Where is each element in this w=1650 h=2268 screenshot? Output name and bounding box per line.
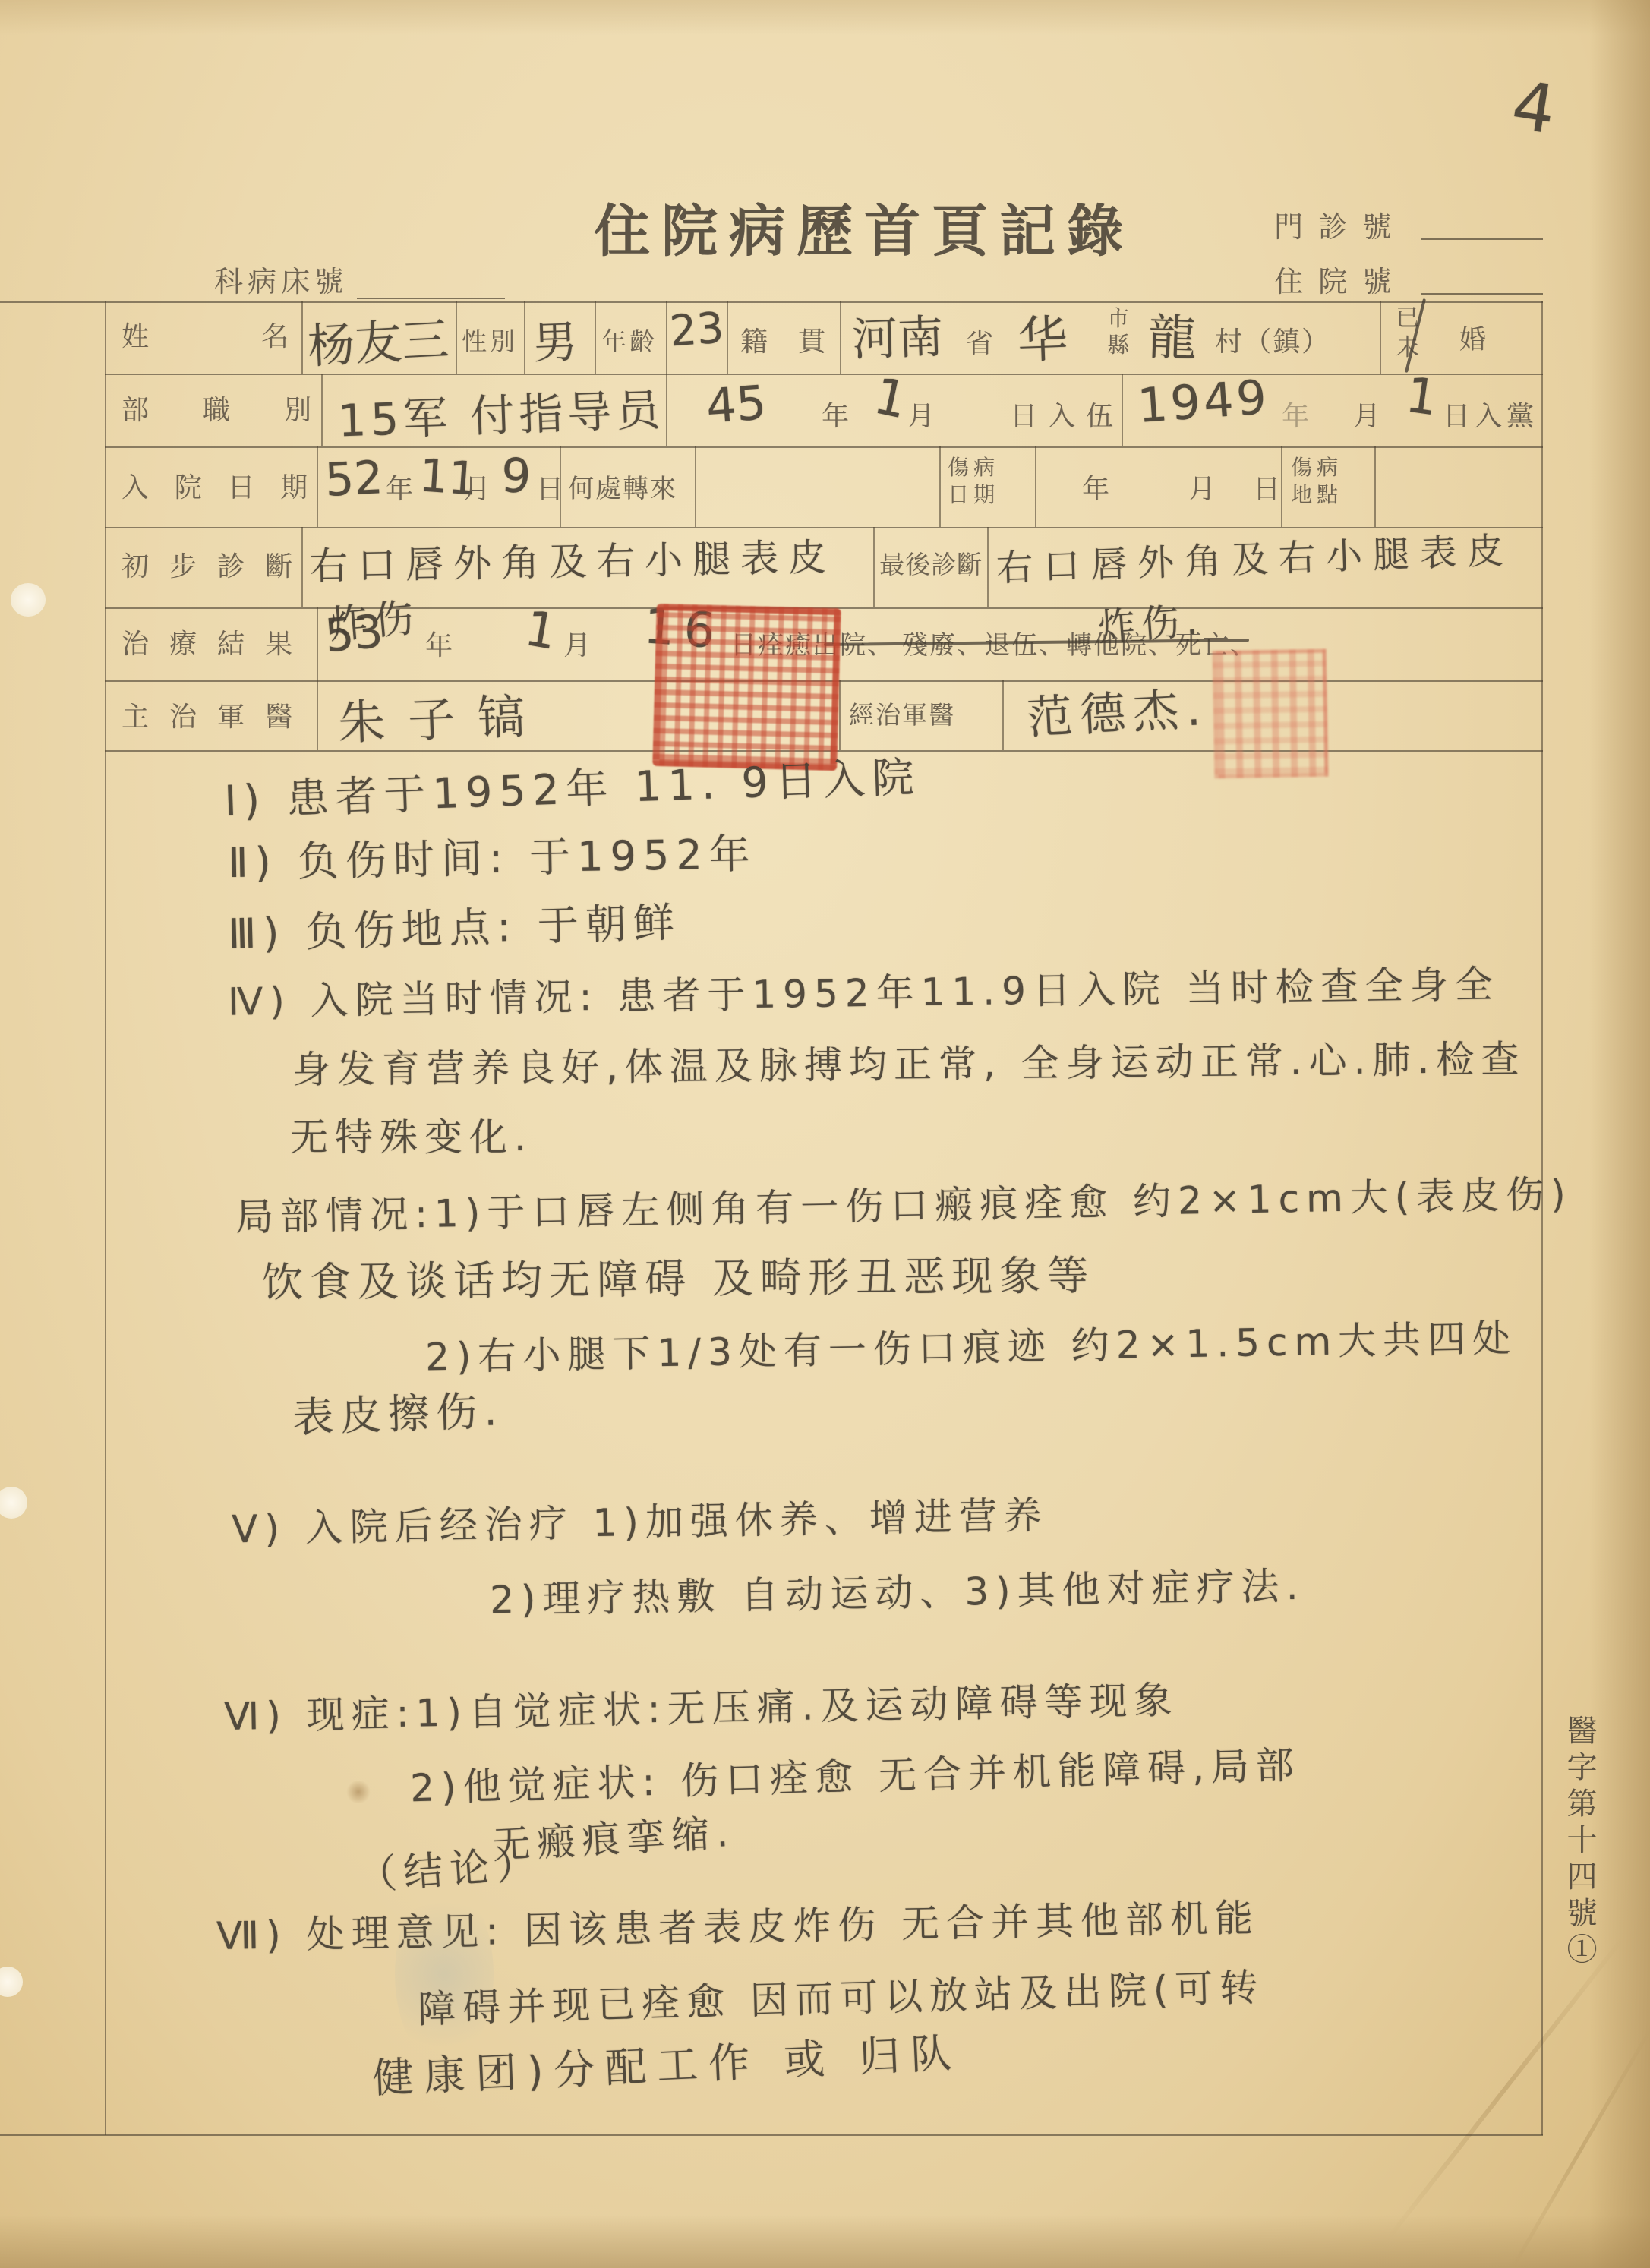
- table-line: [727, 301, 728, 374]
- table-line: [666, 301, 667, 374]
- unit-duty-value: 15军 付指导员: [337, 374, 666, 449]
- age-value: 23: [668, 304, 726, 357]
- admission-no-label: 住 院 號: [1274, 258, 1394, 300]
- party-day-value: 1: [1402, 367, 1441, 427]
- table-line: [666, 374, 667, 446]
- table-line: [1374, 446, 1376, 527]
- page-title: 住院病歷首頁記錄: [594, 187, 1134, 267]
- note-line: 表皮擦伤.: [292, 1378, 505, 1444]
- note-line: Ⅴ) 入院后经治疗 1)加强休养、增进营养: [231, 1485, 1049, 1554]
- party-year-unit: 年: [1282, 395, 1309, 434]
- treatment-result-label: 治療結果: [121, 623, 292, 661]
- unit-duty-label: 部職別: [121, 389, 311, 427]
- note-line: Ⅳ) 入院当时情况: 患者于1952年11.9日入院 当时检查全身全: [228, 954, 1500, 1026]
- note-line: 2)他觉症状: 伤口痊愈 无合并机能障碍,局部: [409, 1735, 1301, 1813]
- injury-date-label-l1: 傷病: [948, 455, 999, 480]
- admit-month-unit: 月: [463, 468, 491, 506]
- age-label: 年齡: [601, 322, 658, 358]
- note-line: 障碍并现已痊愈 因而可以放站及出院(可转: [417, 1957, 1265, 2033]
- clinic-no-blank-line: [1421, 238, 1543, 240]
- preliminary-diagnosis-value: 右口唇外角及右小腿表皮: [309, 527, 836, 591]
- result-year-unit: 年: [425, 624, 453, 663]
- table-line: [317, 607, 318, 680]
- origin-label: 籍貫: [740, 320, 856, 359]
- party-day-unit: 日入黨: [1443, 395, 1538, 434]
- table-line: [105, 446, 1543, 448]
- enlist-year-unit: 年: [822, 395, 849, 434]
- note-line: 2)右小腿下1/3处有一伤口痕迹 约2×1.5cm大共四处: [424, 1307, 1517, 1381]
- marital-suffix: 婚: [1459, 319, 1486, 357]
- table-line: [524, 301, 525, 374]
- party-month-unit: 月: [1353, 395, 1380, 434]
- injury-day-unit: 日: [1253, 468, 1280, 506]
- scanned-medical-record-page: 4 住院病歷首頁記錄 科病床號 門 診 號 住 院 號 姓名 杨友三 性別: [0, 0, 1650, 2268]
- table-line: [1281, 446, 1282, 527]
- note-line: Ⅰ) 患者于1952年 11. 9日入院: [223, 743, 922, 828]
- injury-date-label: 傷病 日期: [948, 454, 999, 509]
- origin-county-value: 龍: [1147, 298, 1197, 370]
- table-line: [1035, 446, 1036, 527]
- name-value: 杨友三: [306, 301, 450, 377]
- result-month-unit: 月: [563, 624, 591, 663]
- injury-place-label-l1: 傷病: [1291, 455, 1342, 480]
- table-line: [987, 527, 989, 607]
- table-line: [456, 301, 457, 374]
- table-line: [873, 527, 875, 607]
- table-line: [105, 301, 106, 2135]
- origin-city-unit: 市 縣: [1107, 305, 1129, 358]
- attending-doctor-label: 主治軍醫: [121, 696, 292, 734]
- note-line: Ⅵ) 现症:1)自觉症状:无压痛.及运动障碍等现象: [223, 1670, 1178, 1741]
- note-conclusion-label: （结论）: [355, 1831, 544, 1901]
- table-line: [301, 527, 303, 607]
- enlist-month-value: 1: [869, 366, 912, 430]
- form-code-vertical: 醫字第十四號①: [1558, 1714, 1601, 1970]
- note-line: 身发育营养良好,体温及脉搏均正常, 全身运动正常.心.肺.检查: [292, 1029, 1526, 1094]
- table-line: [0, 301, 1543, 303]
- enlist-month-unit: 月: [907, 395, 935, 434]
- origin-province-unit: 省: [966, 322, 993, 361]
- injury-place-label: 傷病 地點: [1291, 454, 1342, 509]
- result-year-value: 53: [323, 605, 385, 663]
- treating-doctor-label: 經治軍醫: [849, 696, 955, 731]
- admit-day-unit: 日: [536, 468, 563, 506]
- sex-label: 性別: [462, 322, 518, 358]
- origin-province-value: 河南: [851, 301, 945, 369]
- punch-hole: [0, 1487, 27, 1519]
- admission-no-blank-line: [1421, 293, 1543, 295]
- injury-date-label-l2: 日期: [948, 482, 999, 507]
- enlist-day-unit: 日入伍: [1010, 395, 1124, 434]
- final-diagnosis-label: 最後診斷: [879, 545, 983, 581]
- final-diagnosis-value: 右口唇外角及右小腿表皮: [995, 521, 1515, 591]
- table-line: [695, 446, 696, 527]
- injury-month-unit: 月: [1188, 468, 1216, 506]
- table-line: [317, 446, 318, 527]
- clinic-no-label: 門 診 號: [1274, 203, 1394, 245]
- admission-date-label: 入院日期: [121, 466, 308, 505]
- table-line: [839, 680, 841, 750]
- injury-year-unit: 年: [1082, 468, 1109, 506]
- note-line: Ⅲ) 负伤地点: 于朝鲜: [227, 890, 682, 961]
- table-line: [1002, 680, 1004, 750]
- punch-hole: [11, 583, 46, 617]
- note-line: 饮食及谈话均无障碍 及畸形丑恶现象等: [262, 1243, 1096, 1309]
- table-line: [0, 2134, 1543, 2136]
- transfer-from-label: 何處轉來: [568, 468, 677, 505]
- table-line: [317, 680, 318, 750]
- paper-stain: [345, 1781, 371, 1803]
- result-month-value: 1: [521, 601, 561, 661]
- red-square-seal: [652, 604, 841, 771]
- origin-city-unit-top: 市: [1107, 305, 1129, 331]
- origin-city-unit-bottom: 縣: [1107, 332, 1129, 358]
- table-line: [321, 374, 323, 446]
- treating-doctor-value: 范德杰.: [1025, 673, 1210, 747]
- note-line: 2)理疗热敷 自动运动、3)其他对症疗法.: [489, 1556, 1305, 1625]
- note-line: 无特殊变化.: [290, 1107, 533, 1162]
- faint-red-seal: [1213, 649, 1329, 779]
- note-line: 局部情况:1)于口唇左侧角有一伤口瘢痕痊愈 约2×1cm大(表皮伤): [235, 1164, 1573, 1242]
- table-line: [1380, 301, 1381, 374]
- paper-edge-top: [0, 0, 1650, 35]
- admit-year-unit: 年: [386, 468, 413, 506]
- table-line: [595, 301, 596, 374]
- party-year-value: 1949: [1136, 369, 1271, 434]
- punch-hole: [0, 1967, 23, 1997]
- table-line: [301, 301, 303, 374]
- dept-bed-blank-line: [357, 298, 505, 299]
- dept-bed-label: 科病床號: [214, 258, 348, 300]
- note-line: Ⅱ) 负伤时间: 于1952年: [227, 822, 757, 889]
- name-label: 姓名: [121, 315, 289, 354]
- enlist-year-value: 45: [705, 374, 768, 434]
- page-number: 4: [1506, 65, 1560, 149]
- preliminary-diagnosis-label: 初步診斷: [121, 545, 292, 584]
- origin-village-unit: 村（鎮）: [1215, 320, 1330, 359]
- table-line: [939, 446, 941, 527]
- injury-place-label-l2: 地點: [1291, 482, 1342, 507]
- attending-doctor-value: 朱子镐: [337, 678, 549, 753]
- origin-city-value: 华: [1016, 298, 1068, 372]
- admit-day-value: 9: [500, 447, 532, 504]
- sex-value: 男: [532, 306, 579, 371]
- admit-year-value: 52: [323, 451, 384, 507]
